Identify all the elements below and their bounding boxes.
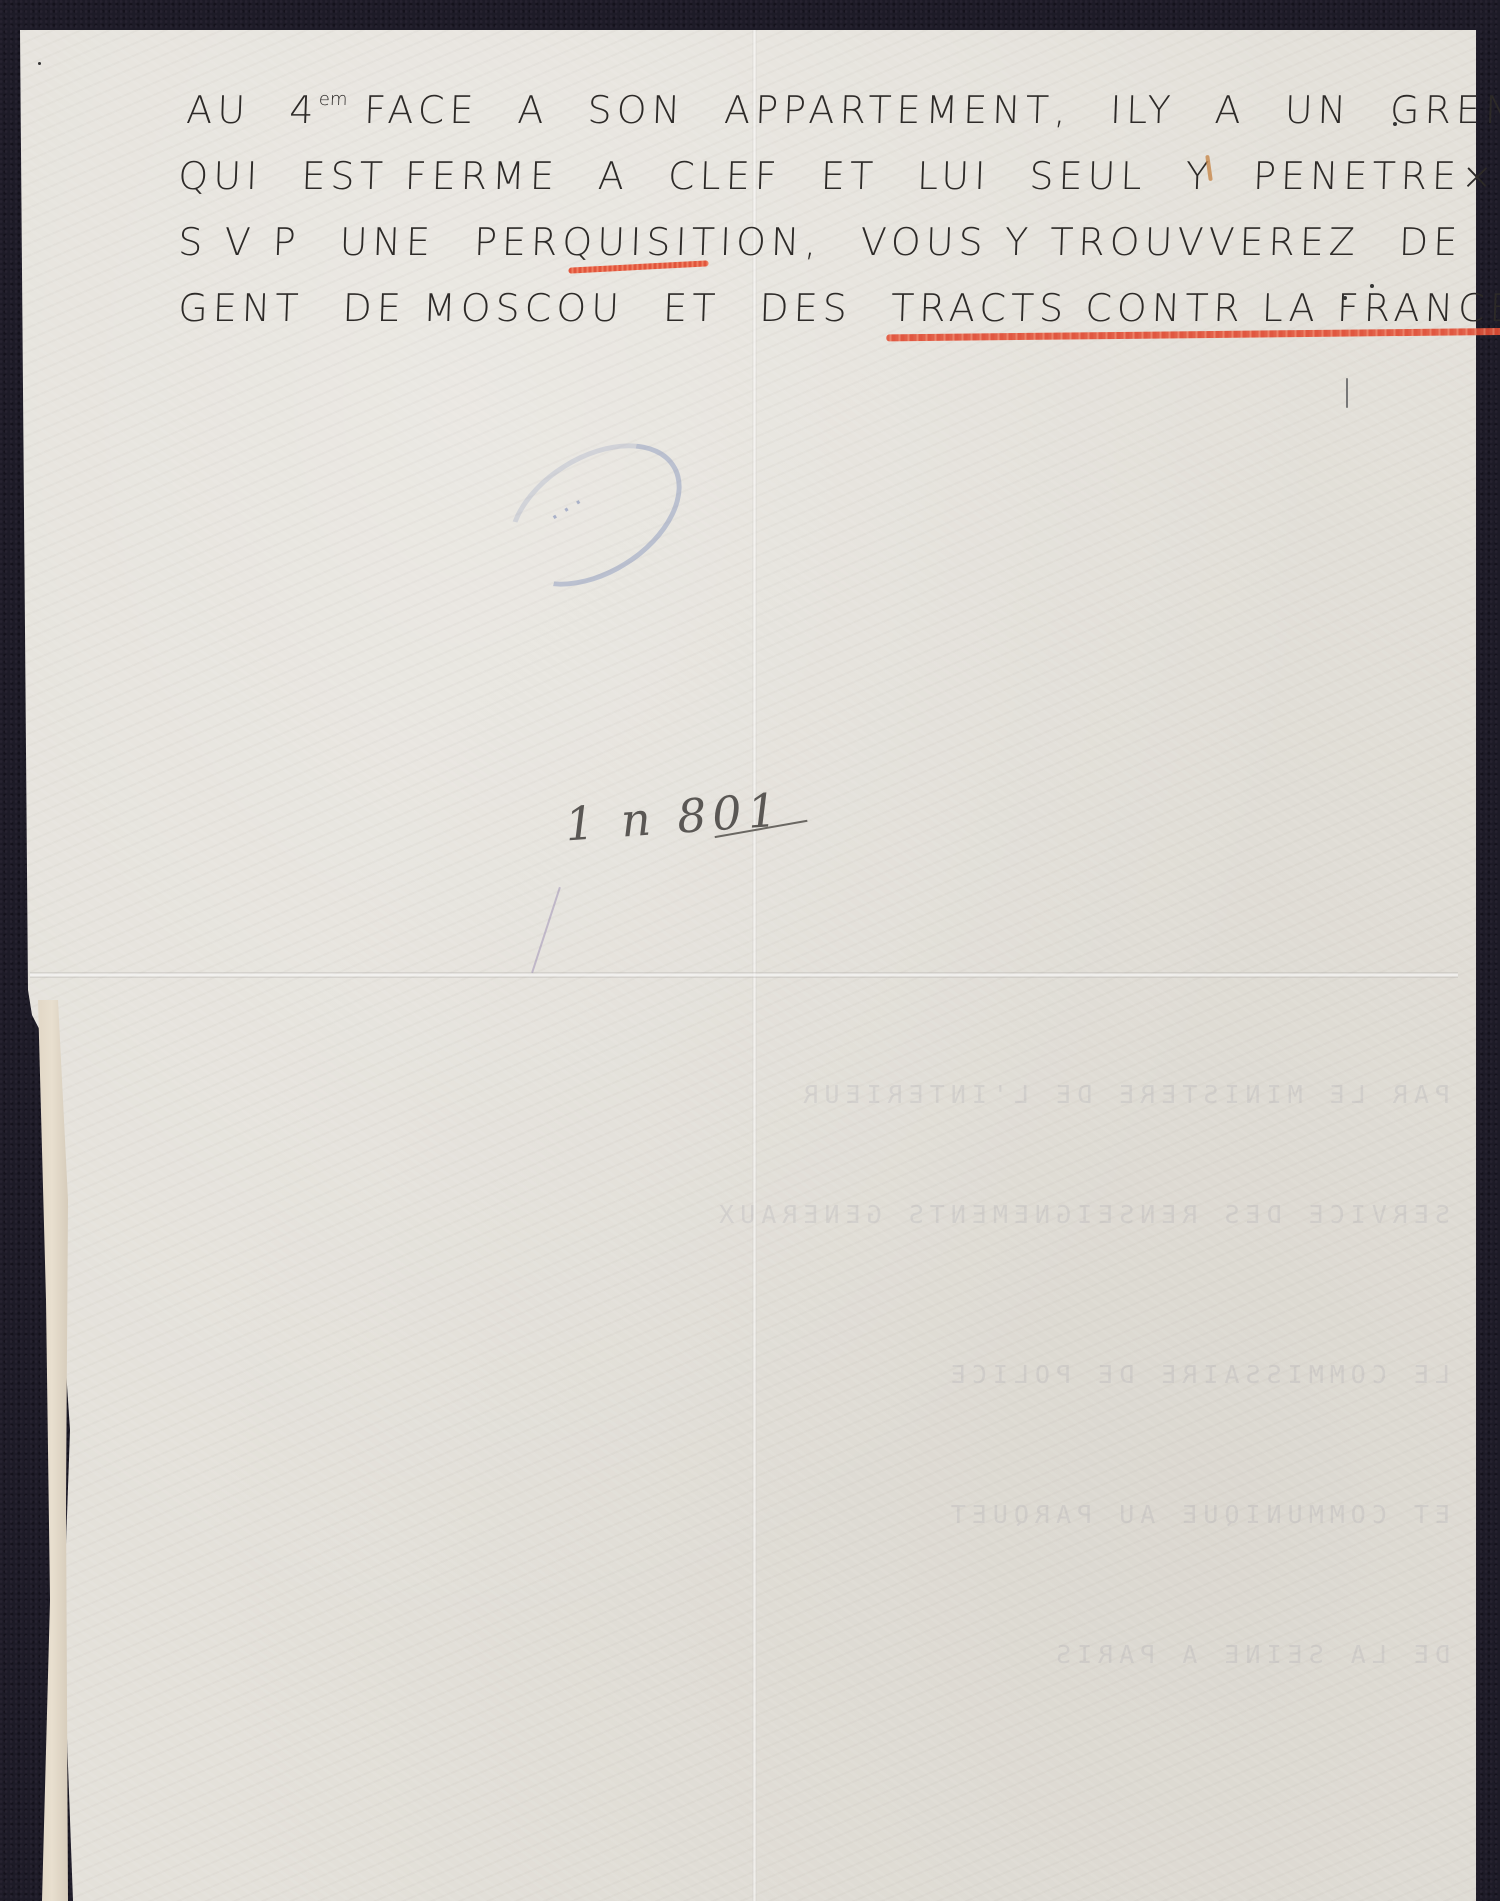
note-line-1: AU 4em FACE A SON APPARTEMENT, ILY A UN …: [185, 88, 1439, 154]
note-line-4: GENT DE MOSCOU ET DES TRACTS CONTR LA FR…: [177, 286, 1439, 352]
word: A: [517, 88, 550, 132]
word: GENT: [178, 286, 305, 330]
word: A: [597, 154, 630, 198]
bleed-through-line: DE LA SEINE A PARIS: [120, 1640, 1450, 1669]
word: SEUL: [1029, 154, 1148, 198]
bleed-through-line: PAR LE MINISTERE DE L'INTERIEUR: [120, 1080, 1450, 1109]
horizontal-fold-crease: [30, 972, 1458, 978]
word: S V P: [178, 220, 302, 264]
word: SON: [587, 88, 686, 132]
underlined-phrase-tracts: TRACTS CONTR LA FRANCE.: [890, 286, 1500, 330]
word: ILY: [1109, 88, 1176, 132]
word: GRENIER: [1389, 88, 1500, 132]
word: CLEF: [667, 154, 782, 198]
word: ET: [820, 154, 879, 198]
ink-speck: [1370, 284, 1374, 288]
word: EST FERME: [301, 154, 560, 198]
word: ET: [662, 286, 721, 330]
underlined-word-perquisition: PERQUISITION,: [473, 220, 822, 264]
word: DE MOSCOU: [342, 286, 625, 330]
ink-speck: [1393, 122, 1397, 126]
word: A: [1214, 88, 1247, 132]
bleed-through-line: SERVICE DES RENSEIGNEMENTS GENERAUX: [120, 1200, 1450, 1229]
word: LUI: [916, 154, 991, 198]
word: VOUS Y TROUVVEREZ: [860, 220, 1361, 264]
word: PENETRE×: [1252, 154, 1498, 198]
word: UNE: [339, 220, 436, 264]
handwritten-note: AU 4em FACE A SON APPARTEMENT, ILY A UN …: [178, 88, 1438, 352]
word: APPARTEMENT,: [723, 88, 1071, 132]
bleed-through-line: LE COMMISSAIRE DE POLICE: [120, 1360, 1450, 1389]
word: AU: [186, 88, 251, 132]
word: DE: [1398, 220, 1463, 264]
word: DES: [759, 286, 853, 330]
word: 4: [289, 88, 320, 132]
word: QUI: [178, 154, 263, 198]
word: UN: [1284, 88, 1352, 132]
ordinal-suffix: em: [318, 89, 347, 110]
paper-tear-mark: [1346, 378, 1348, 408]
ink-speck: [38, 62, 41, 65]
bleed-through-line: ET COMMUNIQUE AU PARQUET: [120, 1500, 1450, 1529]
note-line-2: QUI EST FERME A CLEF ET LUI SEUL Y PENET…: [177, 154, 1439, 220]
ink-speck: [1343, 296, 1347, 300]
note-line-3: S V P UNE PERQUISITION, VOUS Y TROUVVERE…: [177, 220, 1439, 286]
word: FACE: [363, 88, 479, 132]
